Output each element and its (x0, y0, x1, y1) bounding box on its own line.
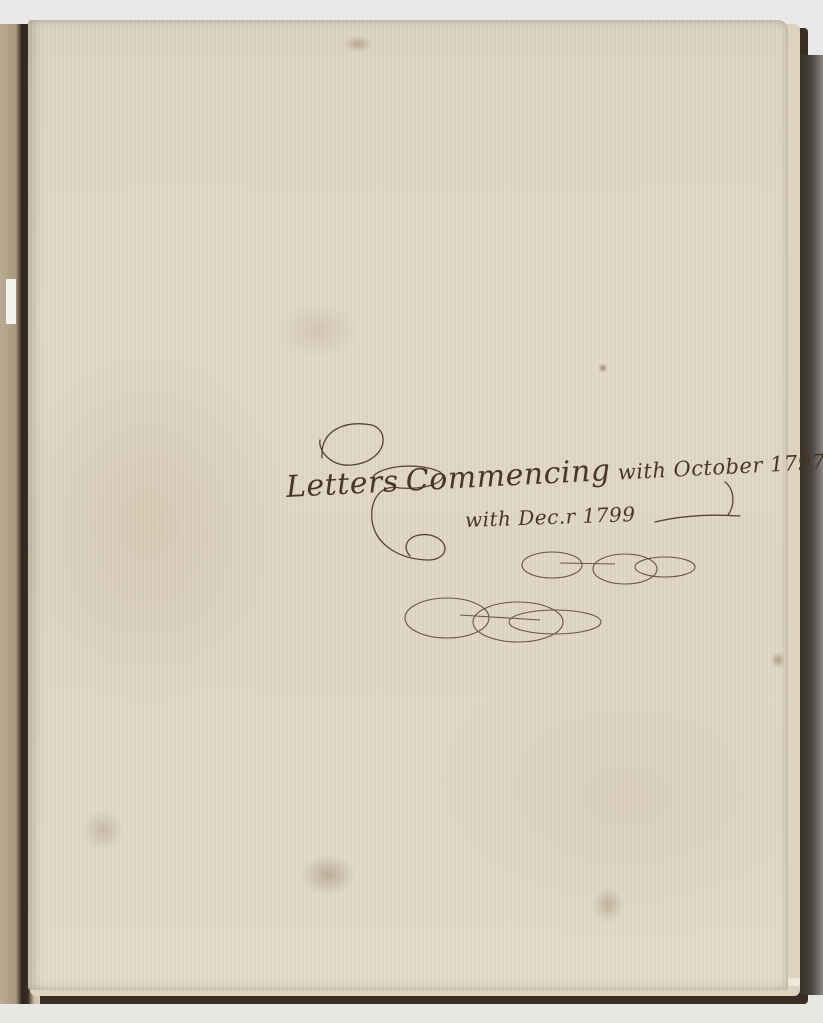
spine-paper-tab (6, 279, 16, 324)
scanned-page-scene: Letters Commencing with October 1797 & E… (0, 0, 823, 1023)
manuscript-page (28, 20, 788, 990)
